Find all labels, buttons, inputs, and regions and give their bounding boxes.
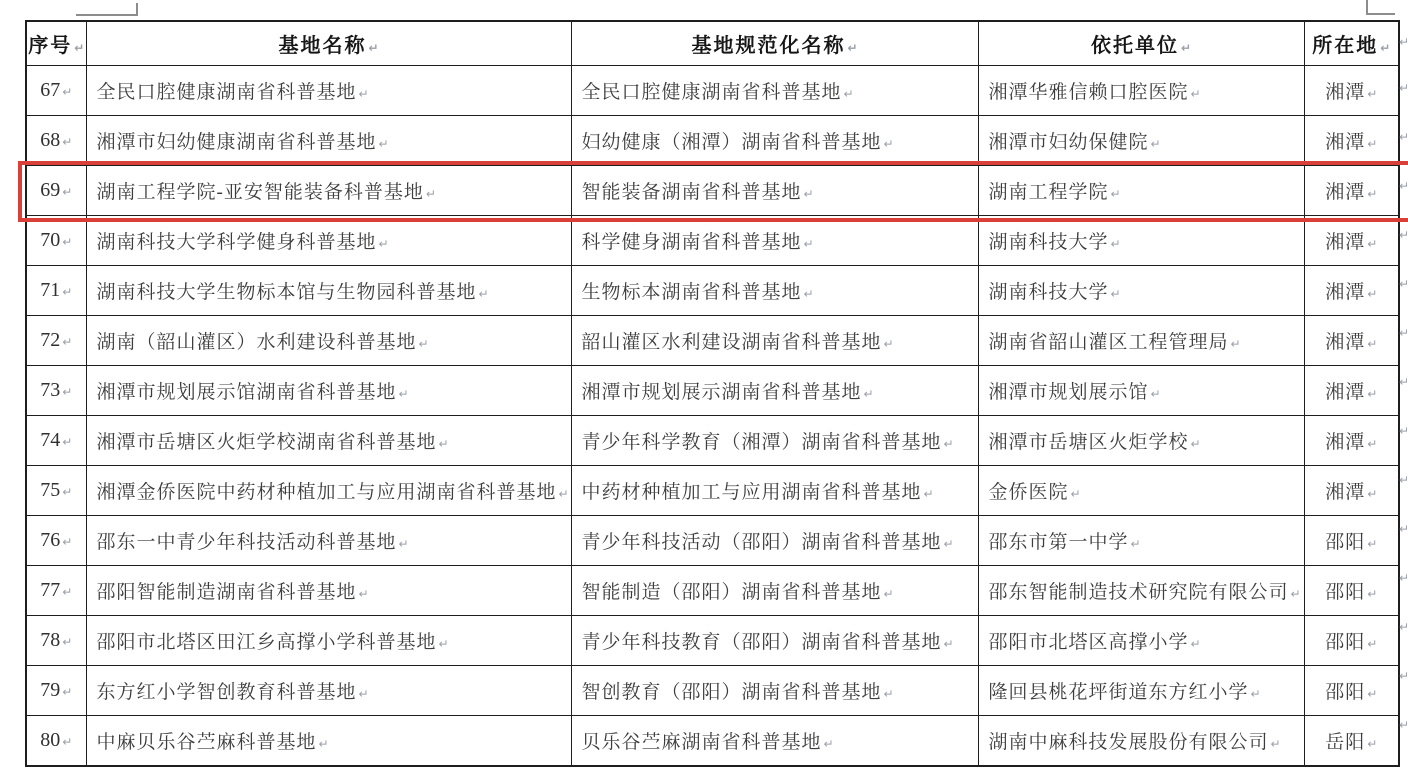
cell-text: 金侨医院: [989, 482, 1069, 503]
cell-location[interactable]: 邵阳↵: [1304, 666, 1399, 716]
table-row: 71↵湖南科技大学生物标本馆与生物园科普基地↵生物标本湖南省科普基地↵湖南科技大…: [26, 266, 1399, 316]
end-of-row-mark: ↵: [1399, 210, 1408, 259]
end-of-cell-mark: ↵: [62, 335, 72, 349]
cell-name[interactable]: 邵东一中青少年科技活动科普基地↵: [86, 516, 571, 566]
cell-org[interactable]: 邵东市第一中学↵: [978, 516, 1304, 566]
end-of-cell-mark: ↵: [62, 235, 72, 249]
end-of-cell-mark: ↵: [944, 437, 954, 451]
table-row: 72↵湖南（韶山灌区）水利建设科普基地↵韶山灌区水利建设湖南省科普基地↵湖南省韶…: [26, 316, 1399, 366]
cell-org[interactable]: 湖南科技大学↵: [978, 216, 1304, 266]
cell-text: 72: [40, 329, 60, 351]
cell-text: 中麻贝乐谷苎麻科普基地: [97, 732, 317, 753]
cell-text: 湘潭市岳塘区火炬学校: [989, 432, 1189, 453]
cell-text: 智能制造（邵阳）湖南省科普基地: [582, 582, 882, 603]
cell-text: 智能装备湖南省科普基地: [582, 182, 802, 203]
cell-text: 湘潭金侨医院中药材种植加工与应用湖南省科普基地: [97, 482, 557, 503]
cell-name[interactable]: 湘潭市岳塘区火炬学校湖南省科普基地↵: [86, 416, 571, 466]
cell-text: 青少年科学教育（湘潭）湖南省科普基地: [582, 432, 942, 453]
cell-text: 东方红小学智创教育科普基地: [97, 682, 357, 703]
end-of-cell-mark: ↵: [379, 237, 389, 251]
cell-std_name[interactable]: 智能装备湖南省科普基地↵: [571, 166, 978, 216]
end-of-cell-mark: ↵: [1191, 87, 1201, 101]
end-of-cell-mark: ↵: [844, 87, 854, 101]
end-of-cell-mark: ↵: [944, 637, 954, 651]
end-of-cell-mark: ↵: [1367, 137, 1377, 151]
end-of-cell-mark: ↵: [1231, 337, 1241, 351]
cell-text: 湘潭华雅信赖口腔医院: [989, 82, 1189, 103]
cell-org[interactable]: 湘潭华雅信赖口腔医院↵: [978, 66, 1304, 116]
cell-org[interactable]: 湖南科技大学↵: [978, 266, 1304, 316]
cell-name[interactable]: 湘潭金侨医院中药材种植加工与应用湖南省科普基地↵: [86, 466, 571, 516]
header-supporting-org[interactable]: 依托单位↵: [978, 21, 1304, 66]
cell-location[interactable]: 湘潭↵: [1304, 316, 1399, 366]
end-of-row-mark: ↵: [1399, 20, 1408, 63]
cell-text: 湘潭市妇幼健康湖南省科普基地: [97, 132, 377, 153]
cell-text: 69: [40, 179, 60, 201]
end-of-cell-mark: ↵: [1111, 237, 1121, 251]
cell-org[interactable]: 湘潭市规划展示馆↵: [978, 366, 1304, 416]
cell-text: 邵阳智能制造湖南省科普基地: [97, 582, 357, 603]
cell-text: 湘潭: [1325, 182, 1365, 203]
cell-org[interactable]: 邵阳市北塔区高撑小学↵: [978, 616, 1304, 666]
end-of-cell-mark: ↵: [1291, 587, 1301, 601]
end-of-cell-mark: ↵: [62, 385, 72, 399]
end-of-cell-mark: ↵: [379, 137, 389, 151]
end-of-cell-mark: ↵: [319, 737, 329, 751]
cell-text: 湘潭: [1325, 332, 1365, 353]
cell-text: 全民口腔健康湖南省科普基地: [97, 82, 357, 103]
cell-text: 湖南科技大学生物标本馆与生物园科普基地: [97, 282, 477, 303]
end-of-row-mark: ↵: [1399, 112, 1408, 161]
end-of-cell-mark: ↵: [419, 337, 429, 351]
end-of-cell-mark: ↵: [368, 41, 378, 55]
cell-text: 邵东市第一中学: [989, 532, 1129, 553]
end-of-row-mark: ↵: [1399, 357, 1408, 406]
end-of-cell-mark: ↵: [804, 287, 814, 301]
cell-name[interactable]: 湖南科技大学科学健身科普基地↵: [86, 216, 571, 266]
end-of-cell-mark: ↵: [804, 187, 814, 201]
cell-seq[interactable]: 71↵: [26, 266, 86, 316]
table-row: 78↵邵阳市北塔区田江乡高撑小学科普基地↵青少年科技教育（邵阳）湖南省科普基地↵…: [26, 616, 1399, 666]
cell-std_name[interactable]: 贝乐谷苎麻湖南省科普基地↵: [571, 716, 978, 767]
cell-text: 邵阳市北塔区田江乡高撑小学科普基地: [97, 632, 437, 653]
cell-seq[interactable]: 73↵: [26, 366, 86, 416]
cell-name[interactable]: 邵阳市北塔区田江乡高撑小学科普基地↵: [86, 616, 571, 666]
cell-std_name[interactable]: 智创教育（邵阳）湖南省科普基地↵: [571, 666, 978, 716]
table-row: 69↵湖南工程学院-亚安智能装备科普基地↵智能装备湖南省科普基地↵湖南工程学院↵…: [26, 166, 1399, 216]
cell-text: 湖南科技大学: [989, 232, 1109, 253]
cell-text: 74: [40, 429, 60, 451]
cell-name[interactable]: 湖南科技大学生物标本馆与生物园科普基地↵: [86, 266, 571, 316]
cell-text: 青少年科技活动（邵阳）湖南省科普基地: [582, 532, 942, 553]
cell-seq[interactable]: 74↵: [26, 416, 86, 466]
end-of-cell-mark: ↵: [944, 537, 954, 551]
cell-text: 邵阳: [1325, 582, 1365, 603]
table-row: 76↵邵东一中青少年科技活动科普基地↵青少年科技活动（邵阳）湖南省科普基地↵邵东…: [26, 516, 1399, 566]
cell-seq[interactable]: 79↵: [26, 666, 86, 716]
document-page: 序号↵ 基地名称↵ 基地规范化名称↵ 依托单位↵ 所在地↵ 67↵全民口腔健康湖…: [0, 0, 1408, 769]
cell-text: 韶山灌区水利建设湖南省科普基地: [582, 332, 882, 353]
cell-name[interactable]: 湘潭市妇幼健康湖南省科普基地↵: [86, 116, 571, 166]
cell-text: 湘潭: [1325, 482, 1365, 503]
cell-text: 邵阳: [1325, 682, 1365, 703]
cell-text: 中药材种植加工与应用湖南省科普基地: [582, 482, 922, 503]
end-of-cell-mark: ↵: [1367, 587, 1377, 601]
cell-name[interactable]: 邵阳智能制造湖南省科普基地↵: [86, 566, 571, 616]
end-of-row-mark: ↵: [1399, 63, 1408, 112]
cell-text: 湖南（韶山灌区）水利建设科普基地: [97, 332, 417, 353]
end-of-cell-mark: ↵: [884, 137, 894, 151]
header-base-name[interactable]: 基地名称↵: [86, 21, 571, 66]
end-of-cell-mark: ↵: [1367, 437, 1377, 451]
cell-org[interactable]: 湖南省韶山灌区工程管理局↵: [978, 316, 1304, 366]
end-of-cell-mark: ↵: [62, 735, 72, 749]
end-of-cell-mark: ↵: [439, 437, 449, 451]
cell-text: 青少年科技教育（邵阳）湖南省科普基地: [582, 632, 942, 653]
cell-location[interactable]: 岳阳↵: [1304, 716, 1399, 767]
cell-org[interactable]: 湘潭市岳塘区火炬学校↵: [978, 416, 1304, 466]
end-of-cell-mark: ↵: [1151, 137, 1161, 151]
end-of-cell-mark: ↵: [359, 87, 369, 101]
cell-seq[interactable]: 67↵: [26, 66, 86, 116]
cell-seq[interactable]: 69↵: [26, 166, 86, 216]
end-of-cell-mark: ↵: [359, 687, 369, 701]
end-of-cell-mark: ↵: [924, 487, 934, 501]
end-of-cell-mark: ↵: [559, 487, 569, 501]
science-base-table: 序号↵ 基地名称↵ 基地规范化名称↵ 依托单位↵ 所在地↵ 67↵全民口腔健康湖…: [25, 20, 1400, 767]
table-row: 73↵湘潭市规划展示馆湖南省科普基地↵湘潭市规划展示湖南省科普基地↵湘潭市规划展…: [26, 366, 1399, 416]
page-corner-mark-top-right: [1366, 0, 1395, 15]
cell-text: 70: [40, 229, 60, 251]
end-of-cell-mark: ↵: [1367, 637, 1377, 651]
cell-text: 湖南省韶山灌区工程管理局: [989, 332, 1229, 353]
cell-seq[interactable]: 77↵: [26, 566, 86, 616]
cell-text: 湖南工程学院-亚安智能装备科普基地: [97, 182, 424, 203]
end-of-cell-mark: ↵: [804, 237, 814, 251]
end-of-cell-mark: ↵: [1181, 41, 1191, 55]
end-of-cell-mark: ↵: [62, 685, 72, 699]
cell-std_name[interactable]: 妇幼健康（湘潭）湖南省科普基地↵: [571, 116, 978, 166]
cell-std_name[interactable]: 青少年科学教育（湘潭）湖南省科普基地↵: [571, 416, 978, 466]
cell-seq[interactable]: 78↵: [26, 616, 86, 666]
end-of-cell-mark: ↵: [1367, 87, 1377, 101]
cell-org[interactable]: 金侨医院↵: [978, 466, 1304, 516]
cell-text: 71: [40, 279, 60, 301]
cell-text: 76: [40, 529, 60, 551]
end-of-cell-mark: ↵: [479, 287, 489, 301]
cell-location[interactable]: 湘潭↵: [1304, 366, 1399, 416]
cell-location[interactable]: 邵阳↵: [1304, 566, 1399, 616]
cell-org[interactable]: 湘潭市妇幼保健院↵: [978, 116, 1304, 166]
cell-location[interactable]: 湘潭↵: [1304, 66, 1399, 116]
end-of-row-mark: ↵: [1399, 161, 1408, 210]
end-of-cell-mark: ↵: [1367, 687, 1377, 701]
cell-text: 妇幼健康（湘潭）湖南省科普基地: [582, 132, 882, 153]
cell-seq[interactable]: 75↵: [26, 466, 86, 516]
cell-std_name[interactable]: 青少年科技教育（邵阳）湖南省科普基地↵: [571, 616, 978, 666]
end-of-row-mark: ↵: [1399, 602, 1408, 651]
cell-name[interactable]: 湘潭市规划展示馆湖南省科普基地↵: [86, 366, 571, 416]
end-of-row-mark: ↵: [1399, 504, 1408, 553]
cell-text: 湘潭: [1325, 282, 1365, 303]
cell-name[interactable]: 湖南（韶山灌区）水利建设科普基地↵: [86, 316, 571, 366]
end-of-cell-mark: ↵: [847, 41, 857, 55]
cell-text: 湘潭: [1325, 132, 1365, 153]
header-standard-name[interactable]: 基地规范化名称↵: [571, 21, 978, 66]
end-of-cell-mark: ↵: [74, 41, 84, 55]
end-of-cell-mark: ↵: [1271, 737, 1281, 751]
cell-seq[interactable]: 70↵: [26, 216, 86, 266]
header-seq[interactable]: 序号↵: [26, 21, 86, 66]
end-of-row-mark: ↵: [1399, 259, 1408, 308]
cell-name[interactable]: 全民口腔健康湖南省科普基地↵: [86, 66, 571, 116]
end-of-row-mark: ↵: [1399, 700, 1408, 749]
end-of-row-mark: ↵: [1399, 308, 1408, 357]
cell-org[interactable]: 邵东智能制造技术研究院有限公司↵: [978, 566, 1304, 616]
end-of-cell-mark: ↵: [1367, 737, 1377, 751]
cell-std_name[interactable]: 韶山灌区水利建设湖南省科普基地↵: [571, 316, 978, 366]
end-of-cell-mark: ↵: [62, 135, 72, 149]
table-row: 67↵全民口腔健康湖南省科普基地↵全民口腔健康湖南省科普基地↵湘潭华雅信赖口腔医…: [26, 66, 1399, 116]
end-of-cell-mark: ↵: [884, 337, 894, 351]
cell-text: 贝乐谷苎麻湖南省科普基地: [582, 732, 822, 753]
cell-seq[interactable]: 68↵: [26, 116, 86, 166]
table-row: 70↵湖南科技大学科学健身科普基地↵科学健身湖南省科普基地↵湖南科技大学↵湘潭↵: [26, 216, 1399, 266]
cell-seq[interactable]: 80↵: [26, 716, 86, 767]
end-of-cell-mark: ↵: [1151, 387, 1161, 401]
cell-std_name[interactable]: 青少年科技活动（邵阳）湖南省科普基地↵: [571, 516, 978, 566]
end-of-cell-mark: ↵: [1367, 287, 1377, 301]
cell-org[interactable]: 湖南中麻科技发展股份有限公司↵: [978, 716, 1304, 767]
end-of-row-marks: ↵↵↵↵↵↵↵↵↵↵↵↵↵↵↵: [1399, 20, 1408, 749]
table-body: 67↵全民口腔健康湖南省科普基地↵全民口腔健康湖南省科普基地↵湘潭华雅信赖口腔医…: [26, 66, 1399, 767]
end-of-cell-mark: ↵: [439, 637, 449, 651]
end-of-cell-mark: ↵: [62, 435, 72, 449]
cell-text: 湘潭市规划展示馆: [989, 382, 1149, 403]
cell-text: 湘潭: [1325, 382, 1365, 403]
cell-text: 科学健身湖南省科普基地: [582, 232, 802, 253]
cell-text: 湖南工程学院: [989, 182, 1109, 203]
page-corner-mark-top-left: [76, 3, 138, 16]
cell-location[interactable]: 湘潭↵: [1304, 116, 1399, 166]
cell-std_name[interactable]: 科学健身湖南省科普基地↵: [571, 216, 978, 266]
cell-text: 湖南中麻科技发展股份有限公司: [989, 732, 1269, 753]
cell-text: 湘潭市岳塘区火炬学校湖南省科普基地: [97, 432, 437, 453]
cell-text: 隆回县桃花坪街道东方红小学: [989, 682, 1249, 703]
cell-text: 全民口腔健康湖南省科普基地: [582, 82, 842, 103]
cell-std_name[interactable]: 生物标本湖南省科普基地↵: [571, 266, 978, 316]
cell-location[interactable]: 邵阳↵: [1304, 616, 1399, 666]
end-of-cell-mark: ↵: [884, 687, 894, 701]
cell-std_name[interactable]: 中药材种植加工与应用湖南省科普基地↵: [571, 466, 978, 516]
cell-text: 68: [40, 129, 60, 151]
cell-text: 邵东智能制造技术研究院有限公司: [989, 582, 1289, 603]
table-header-row: 序号↵ 基地名称↵ 基地规范化名称↵ 依托单位↵ 所在地↵: [26, 21, 1399, 66]
table-row: 75↵湘潭金侨医院中药材种植加工与应用湖南省科普基地↵中药材种植加工与应用湖南省…: [26, 466, 1399, 516]
end-of-cell-mark: ↵: [399, 537, 409, 551]
table-row: 74↵湘潭市岳塘区火炬学校湖南省科普基地↵青少年科学教育（湘潭）湖南省科普基地↵…: [26, 416, 1399, 466]
cell-text: 湘潭: [1325, 82, 1365, 103]
cell-location[interactable]: 邵阳↵: [1304, 516, 1399, 566]
table-header: 序号↵ 基地名称↵ 基地规范化名称↵ 依托单位↵ 所在地↵: [26, 21, 1399, 66]
cell-seq[interactable]: 76↵: [26, 516, 86, 566]
cell-text: 湘潭: [1325, 432, 1365, 453]
cell-text: 湖南科技大学: [989, 282, 1109, 303]
cell-text: 77: [40, 579, 60, 601]
end-of-cell-mark: ↵: [1380, 41, 1390, 55]
end-of-cell-mark: ↵: [62, 185, 72, 199]
cell-location[interactable]: 湘潭↵: [1304, 266, 1399, 316]
cell-name[interactable]: 东方红小学智创教育科普基地↵: [86, 666, 571, 716]
cell-text: 湘潭市规划展示湖南省科普基地: [582, 382, 862, 403]
cell-text: 73: [40, 379, 60, 401]
end-of-row-mark: ↵: [1399, 553, 1408, 602]
cell-text: 湘潭市妇幼保健院: [989, 132, 1149, 153]
cell-text: 生物标本湖南省科普基地: [582, 282, 802, 303]
end-of-cell-mark: ↵: [1191, 437, 1201, 451]
cell-location[interactable]: 湘潭↵: [1304, 216, 1399, 266]
end-of-cell-mark: ↵: [62, 285, 72, 299]
end-of-cell-mark: ↵: [1367, 487, 1377, 501]
end-of-row-mark: ↵: [1399, 406, 1408, 455]
cell-text: 78: [40, 629, 60, 651]
cell-location[interactable]: 湘潭↵: [1304, 416, 1399, 466]
cell-text: 岳阳: [1325, 732, 1365, 753]
cell-text: 67: [40, 79, 60, 101]
cell-std_name[interactable]: 智能制造（邵阳）湖南省科普基地↵: [571, 566, 978, 616]
end-of-row-mark: ↵: [1399, 651, 1408, 700]
cell-text: 79: [40, 679, 60, 701]
cell-name[interactable]: 湖南工程学院-亚安智能装备科普基地↵: [86, 166, 571, 216]
cell-text: 邵阳: [1325, 632, 1365, 653]
end-of-cell-mark: ↵: [1191, 637, 1201, 651]
cell-text: 湖南科技大学科学健身科普基地: [97, 232, 377, 253]
cell-text: 湘潭: [1325, 232, 1365, 253]
end-of-cell-mark: ↵: [1367, 337, 1377, 351]
end-of-cell-mark: ↵: [1367, 537, 1377, 551]
cell-text: 80: [40, 729, 60, 751]
end-of-cell-mark: ↵: [359, 587, 369, 601]
cell-org[interactable]: 湖南工程学院↵: [978, 166, 1304, 216]
cell-text: 湘潭市规划展示馆湖南省科普基地: [97, 382, 397, 403]
table-row: 79↵东方红小学智创教育科普基地↵智创教育（邵阳）湖南省科普基地↵隆回县桃花坪街…: [26, 666, 1399, 716]
end-of-row-mark: ↵: [1399, 455, 1408, 504]
end-of-cell-mark: ↵: [884, 587, 894, 601]
header-location[interactable]: 所在地↵: [1304, 21, 1399, 66]
end-of-cell-mark: ↵: [1131, 537, 1141, 551]
cell-seq[interactable]: 72↵: [26, 316, 86, 366]
end-of-cell-mark: ↵: [1367, 187, 1377, 201]
cell-std_name[interactable]: 湘潭市规划展示湖南省科普基地↵: [571, 366, 978, 416]
cell-std_name[interactable]: 全民口腔健康湖南省科普基地↵: [571, 66, 978, 116]
table-row: 77↵邵阳智能制造湖南省科普基地↵智能制造（邵阳）湖南省科普基地↵邵东智能制造技…: [26, 566, 1399, 616]
table-row: 68↵湘潭市妇幼健康湖南省科普基地↵妇幼健康（湘潭）湖南省科普基地↵湘潭市妇幼保…: [26, 116, 1399, 166]
cell-location[interactable]: 湘潭↵: [1304, 466, 1399, 516]
cell-text: 邵阳市北塔区高撑小学: [989, 632, 1189, 653]
end-of-cell-mark: ↵: [824, 737, 834, 751]
cell-org[interactable]: 隆回县桃花坪街道东方红小学↵: [978, 666, 1304, 716]
cell-text: 75: [40, 479, 60, 501]
end-of-cell-mark: ↵: [62, 85, 72, 99]
end-of-cell-mark: ↵: [1251, 687, 1261, 701]
end-of-cell-mark: ↵: [399, 387, 409, 401]
end-of-cell-mark: ↵: [1111, 287, 1121, 301]
end-of-cell-mark: ↵: [1367, 237, 1377, 251]
end-of-cell-mark: ↵: [62, 585, 72, 599]
end-of-cell-mark: ↵: [1071, 487, 1081, 501]
cell-location[interactable]: 湘潭↵: [1304, 166, 1399, 216]
cell-name[interactable]: 中麻贝乐谷苎麻科普基地↵: [86, 716, 571, 767]
cell-text: 智创教育（邵阳）湖南省科普基地: [582, 682, 882, 703]
cell-text: 邵东一中青少年科技活动科普基地: [97, 532, 397, 553]
end-of-cell-mark: ↵: [1111, 187, 1121, 201]
end-of-cell-mark: ↵: [62, 535, 72, 549]
end-of-cell-mark: ↵: [62, 485, 72, 499]
cell-text: 邵阳: [1325, 532, 1365, 553]
table-row: 80↵中麻贝乐谷苎麻科普基地↵贝乐谷苎麻湖南省科普基地↵湖南中麻科技发展股份有限…: [26, 716, 1399, 767]
end-of-cell-mark: ↵: [62, 635, 72, 649]
end-of-cell-mark: ↵: [426, 187, 436, 201]
end-of-cell-mark: ↵: [864, 387, 874, 401]
end-of-cell-mark: ↵: [1367, 387, 1377, 401]
